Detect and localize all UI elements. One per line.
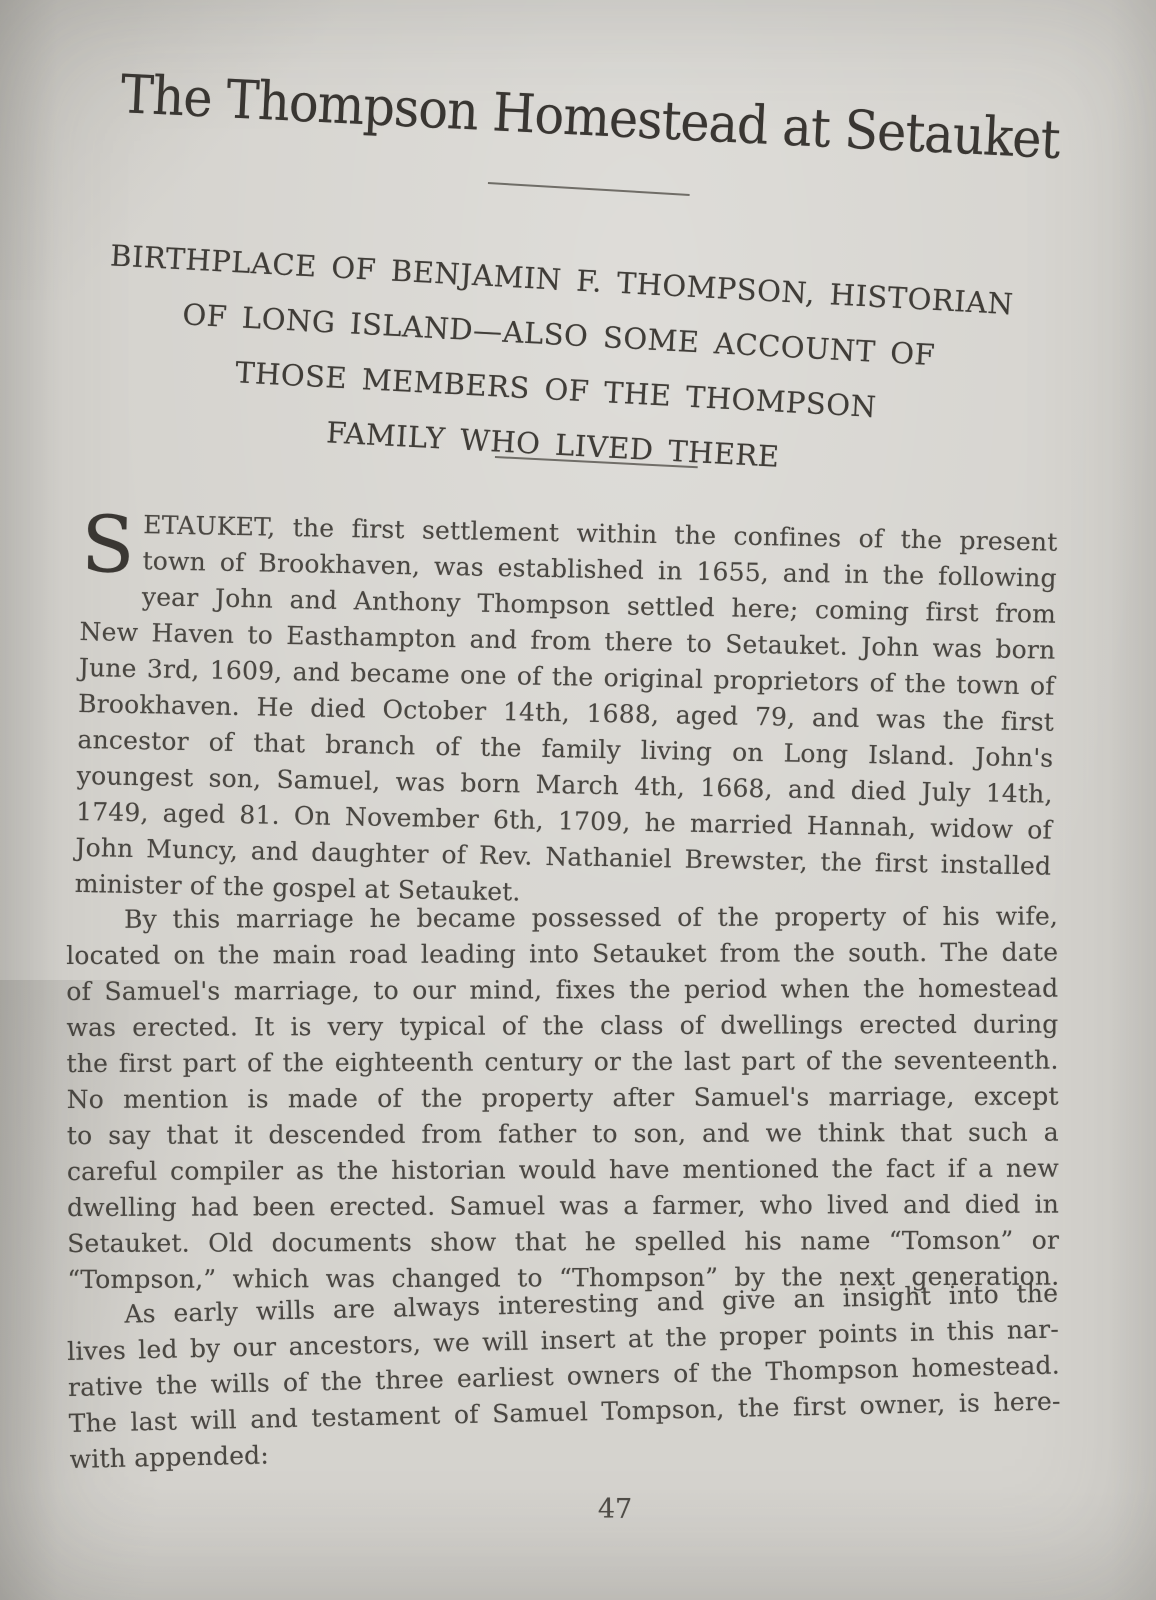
title-divider [488,182,690,196]
body-line: to say that it descended from father to … [67,1115,1059,1154]
body-text: SETAUKET, the first settlement within th… [66,506,1058,1478]
scanned-page: The Thompson Homestead at Setauket BIRTH… [0,0,1156,1600]
body-line: of Samuel's marriage, to our mind, fixes… [66,971,1058,1010]
body-line: the first part of the eighteenth century… [67,1043,1059,1082]
body-line: By this marriage he became possessed of … [66,899,1058,938]
body-line: was erected. It is very typical of the c… [66,1007,1058,1046]
body-paragraph: As early wills are always interesting an… [66,1275,1062,1477]
page-number: 47 [0,1494,1156,1525]
body-line: located on the main road leading into Se… [66,935,1058,974]
body-paragraph: By this marriage he became possessed of … [66,899,1059,1298]
body-line: dwelling had been erected. Samuel was a … [67,1187,1059,1226]
drop-cap-letter: S [81,508,136,583]
body-line: No mention is made of the property after… [67,1079,1059,1118]
body-line: Setauket. Old documents show that he spe… [67,1223,1059,1262]
body-paragraph: SETAUKET, the first settlement within th… [74,506,1057,921]
page-title: The Thompson Homestead at Setauket [119,65,977,168]
body-line: careful compiler as the historian would … [67,1151,1059,1190]
